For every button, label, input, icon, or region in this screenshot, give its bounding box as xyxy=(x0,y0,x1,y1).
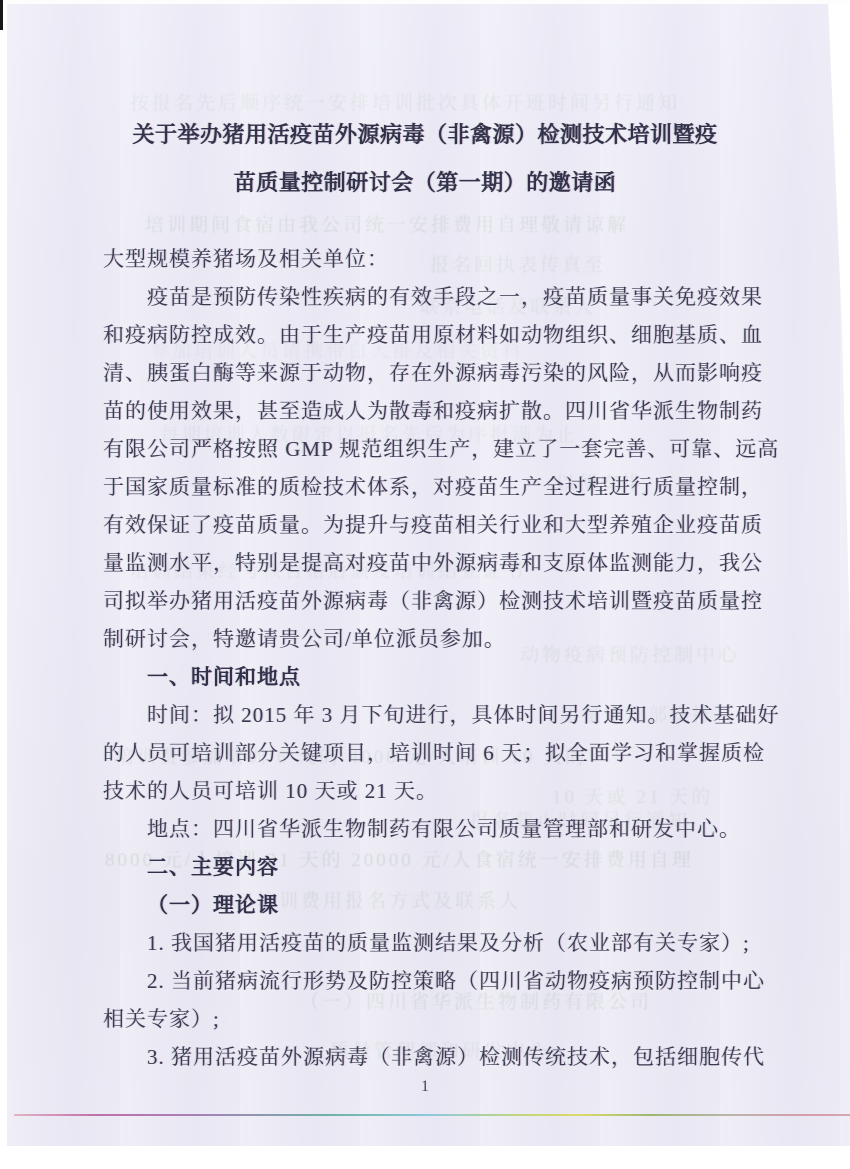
list-item-continuation: 相关专家）; xyxy=(103,1000,743,1038)
section-heading-time-place: 一、时间和地点 xyxy=(103,658,743,696)
scan-edge-left xyxy=(0,0,7,1146)
body-text-line: 技术的人员可培训 10 天或 21 天。 xyxy=(103,772,743,810)
title-line-2: 苗质量控制研讨会（第一期）的邀请函 xyxy=(60,159,790,207)
subsection-heading-theory: （一）理论课 xyxy=(103,886,743,924)
body-text-line: 清、胰蛋白酶等来源于动物，存在外源病毒污染的风险，从而影响疫 xyxy=(103,354,743,392)
scan-edge-bottom xyxy=(0,1146,850,1169)
body-text-line: 量监测水平，特别是提高对疫苗中外源病毒和支原体监测能力，我公 xyxy=(103,544,743,582)
list-item: 1. 我国猪用活疫苗的质量监测结果及分析（农业部有关专家）; xyxy=(103,924,743,962)
scan-edge-black-mark xyxy=(0,0,3,30)
body-text-line: 司拟举办猪用活疫苗外源病毒（非禽源）检测技术培训暨疫苗质量控 xyxy=(103,582,743,620)
body-text-line: 时间：拟 2015 年 3 月下旬进行，具体时间另行通知。技术基础好 xyxy=(103,696,743,734)
body-text-line: 的人员可培训部分关键项目，培训时间 6 天；拟全面学习和掌握质检 xyxy=(103,734,743,772)
body-text-line: 有限公司严格按照 GMP 规范组织生产，建立了一套完善、可靠、远高 xyxy=(103,430,743,468)
document-title: 关于举办猪用活疫苗外源病毒（非禽源）检测技术培训暨疫 苗质量控制研讨会（第一期）… xyxy=(60,111,790,207)
body-text-line: 和疫病防控成效。由于生产疫苗用原材料如动物组织、细胞基质、血 xyxy=(103,316,743,354)
document-body: 大型规模养猪场及相关单位： 疫苗是预防传染性疾病的有效手段之一，疫苗质量事关免疫… xyxy=(103,240,743,1076)
scan-edge-top xyxy=(0,0,850,4)
body-text-line: 制研讨会，特邀请贵公司/单位派员参加。 xyxy=(103,620,743,658)
salutation-line: 大型规模养猪场及相关单位： xyxy=(103,240,743,278)
body-text-line: 地点：四川省华派生物制药有限公司质量管理部和研发中心。 xyxy=(103,810,743,848)
list-item: 2. 当前猪病流行形势及防控策略（四川省动物疫病预防控制中心 xyxy=(103,962,743,1000)
body-text-line: 于国家质量标准的质检技术体系，对疫苗生产全过程进行质量控制， xyxy=(103,468,743,506)
scanned-document-page: 按报名先后顺序统一安排培训批次具体开班时间另行通知 培训期间食宿由我公司统一安排… xyxy=(0,0,850,1169)
title-line-1: 关于举办猪用活疫苗外源病毒（非禽源）检测技术培训暨疫 xyxy=(60,111,790,159)
body-text-line: 疫苗是预防传染性疾病的有效手段之一，疫苗质量事关免疫效果 xyxy=(103,278,743,316)
body-text-line: 有效保证了疫苗质量。为提升与疫苗相关行业和大型养殖企业疫苗质 xyxy=(103,506,743,544)
list-item: 3. 猪用活疫苗外源病毒（非禽源）检测传统技术，包括细胞传代 xyxy=(103,1038,743,1076)
page-number: 1 xyxy=(421,1078,429,1096)
section-heading-main-content: 二、主要内容 xyxy=(103,848,743,886)
scan-artifact-line xyxy=(14,1114,850,1116)
body-text-line: 苗的使用效果，甚至造成人为散毒和疫病扩散。四川省华派生物制药 xyxy=(103,392,743,430)
